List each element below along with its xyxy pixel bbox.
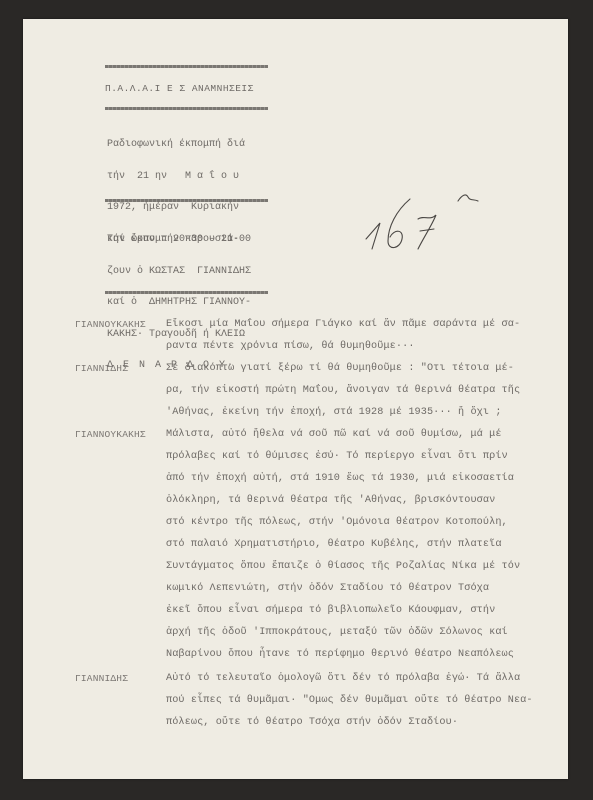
dialogue-line: κωμικό Λεπενιώτη, στήν ὁδόν Σταδίου τό θ… xyxy=(166,583,489,594)
dialogue-line: στό παλαιό Χρηματιστήριο, θέατρο Κυβέλης… xyxy=(166,539,502,550)
handwritten-page-number xyxy=(358,187,508,257)
speaker-label: ΓΙΑΝΝΟΥΚΑΚΗΣ xyxy=(75,319,146,330)
presenters-line: Τήν έκπομπήν παρουσιά- xyxy=(107,235,282,246)
broadcast-line: τήν 21 ην Μ α ΐ ο υ xyxy=(107,172,282,183)
dialogue-line: 'Αθήνας, ἐκείνη τήν ἐποχή, στά 1928 μέ 1… xyxy=(166,407,502,418)
dialogue-line: Σέ διακόπτω γιατί ξέρω τί θά θυμηθοῦμε :… xyxy=(166,363,514,374)
dialogue-line: ρα, τήν εἰκοστή πρώτη Μαΐου, ἄνοιγαν τά … xyxy=(166,385,520,396)
presenters-line: καί ὁ ΔΗΜΗΤΡΗΣ ΓΙΑΝΝΟΥ- xyxy=(107,298,282,309)
program-title: Π.Α.Λ.Α.Ι Ε Σ ΑΝΑΜΝΗΣΕΙΣ xyxy=(105,83,275,94)
dialogue-line: ὁλόκληρη, τά θερινά θέατρα τῆς 'Αθήνας, … xyxy=(166,495,495,506)
dialogue-line: Μάλιστα, αὐτό ἤθελα νά σοῦ πῶ καί νά σοῦ… xyxy=(166,429,502,440)
dialogue-line: Συντάγματος ὅπου ἔπαιζε ὁ θίασος τῆς Ροζ… xyxy=(166,561,520,572)
dialogue-line: ἀρχή τῆς ὁδοῦ 'Ιπποκράτους, μεταξύ τῶν ὁ… xyxy=(166,627,508,638)
broadcast-line: 1972, ήμέραν Κυριακήν xyxy=(107,203,282,214)
broadcast-line: Ραδιοφωνική έκπομπή διά xyxy=(107,140,282,151)
dialogue-line: ἀπό τήν ἐποχή αὐτή, στά 1910 ἕως τά 1930… xyxy=(166,473,514,484)
dialogue-line: πρόλαβες καί τό θύμισες ἐσύ· Τό περίεργο… xyxy=(166,451,508,462)
presenters-line: ΚΑΚΗΣ· Τραγουδῆ ή ΚΛΕΙΩ xyxy=(107,330,282,341)
dialogue-line: Ναβαρίνου ὅπου ἦτανε τό περίφημο θερινό … xyxy=(166,649,514,660)
speaker-label: ΓΙΑΝΝΟΥΚΑΚΗΣ xyxy=(75,429,146,440)
dialogue-line: Αὐτό τό τελευταῖο ὁμολογῶ ὅτι δέν τό πρό… xyxy=(166,673,520,684)
header-rule-middle xyxy=(105,107,268,110)
header-rule-top xyxy=(105,65,268,68)
dialogue-line: στό κέντρο τῆς πόλεως, στήν 'Ομόνοια θέα… xyxy=(166,517,508,528)
dialogue-line: Εἴκοσι μία Μαΐου σήμερα Γιάγκο καί ἄν πᾶ… xyxy=(166,319,520,330)
document-page: Π.Α.Λ.Α.Ι Ε Σ ΑΝΑΜΝΗΣΕΙΣ Ραδιοφωνική έκπ… xyxy=(23,19,568,779)
speaker-label: ΓΙΑΝΝΙΔΗΣ xyxy=(75,673,128,684)
dialogue-line: ραντα πέντε χρόνια πίσω, θά θυμηθοῦμε··· xyxy=(166,341,415,352)
speaker-label: ΓΙΑΝΝΙΔΗΣ xyxy=(75,363,128,374)
dialogue-line: πού εἶπες τά θυμᾶμαι· "Ομως δέν θυμᾶμαι … xyxy=(166,695,533,706)
dialogue-line: πόλεως, οὔτε τό θέατρο Τσόχα στήν ὁδόν Σ… xyxy=(166,717,458,728)
dialogue-line: ἐκεῖ ὅπου εἶναι σήμερα τό βιβλιοπωλεῖο Κ… xyxy=(166,605,495,616)
header-rule-separator xyxy=(105,199,268,202)
header-rule-bottom xyxy=(105,291,268,294)
presenters-line: ζουν ὁ ΚΩΣΤΑΣ ΓΙΑΝΝΙΔΗΣ xyxy=(107,267,282,278)
